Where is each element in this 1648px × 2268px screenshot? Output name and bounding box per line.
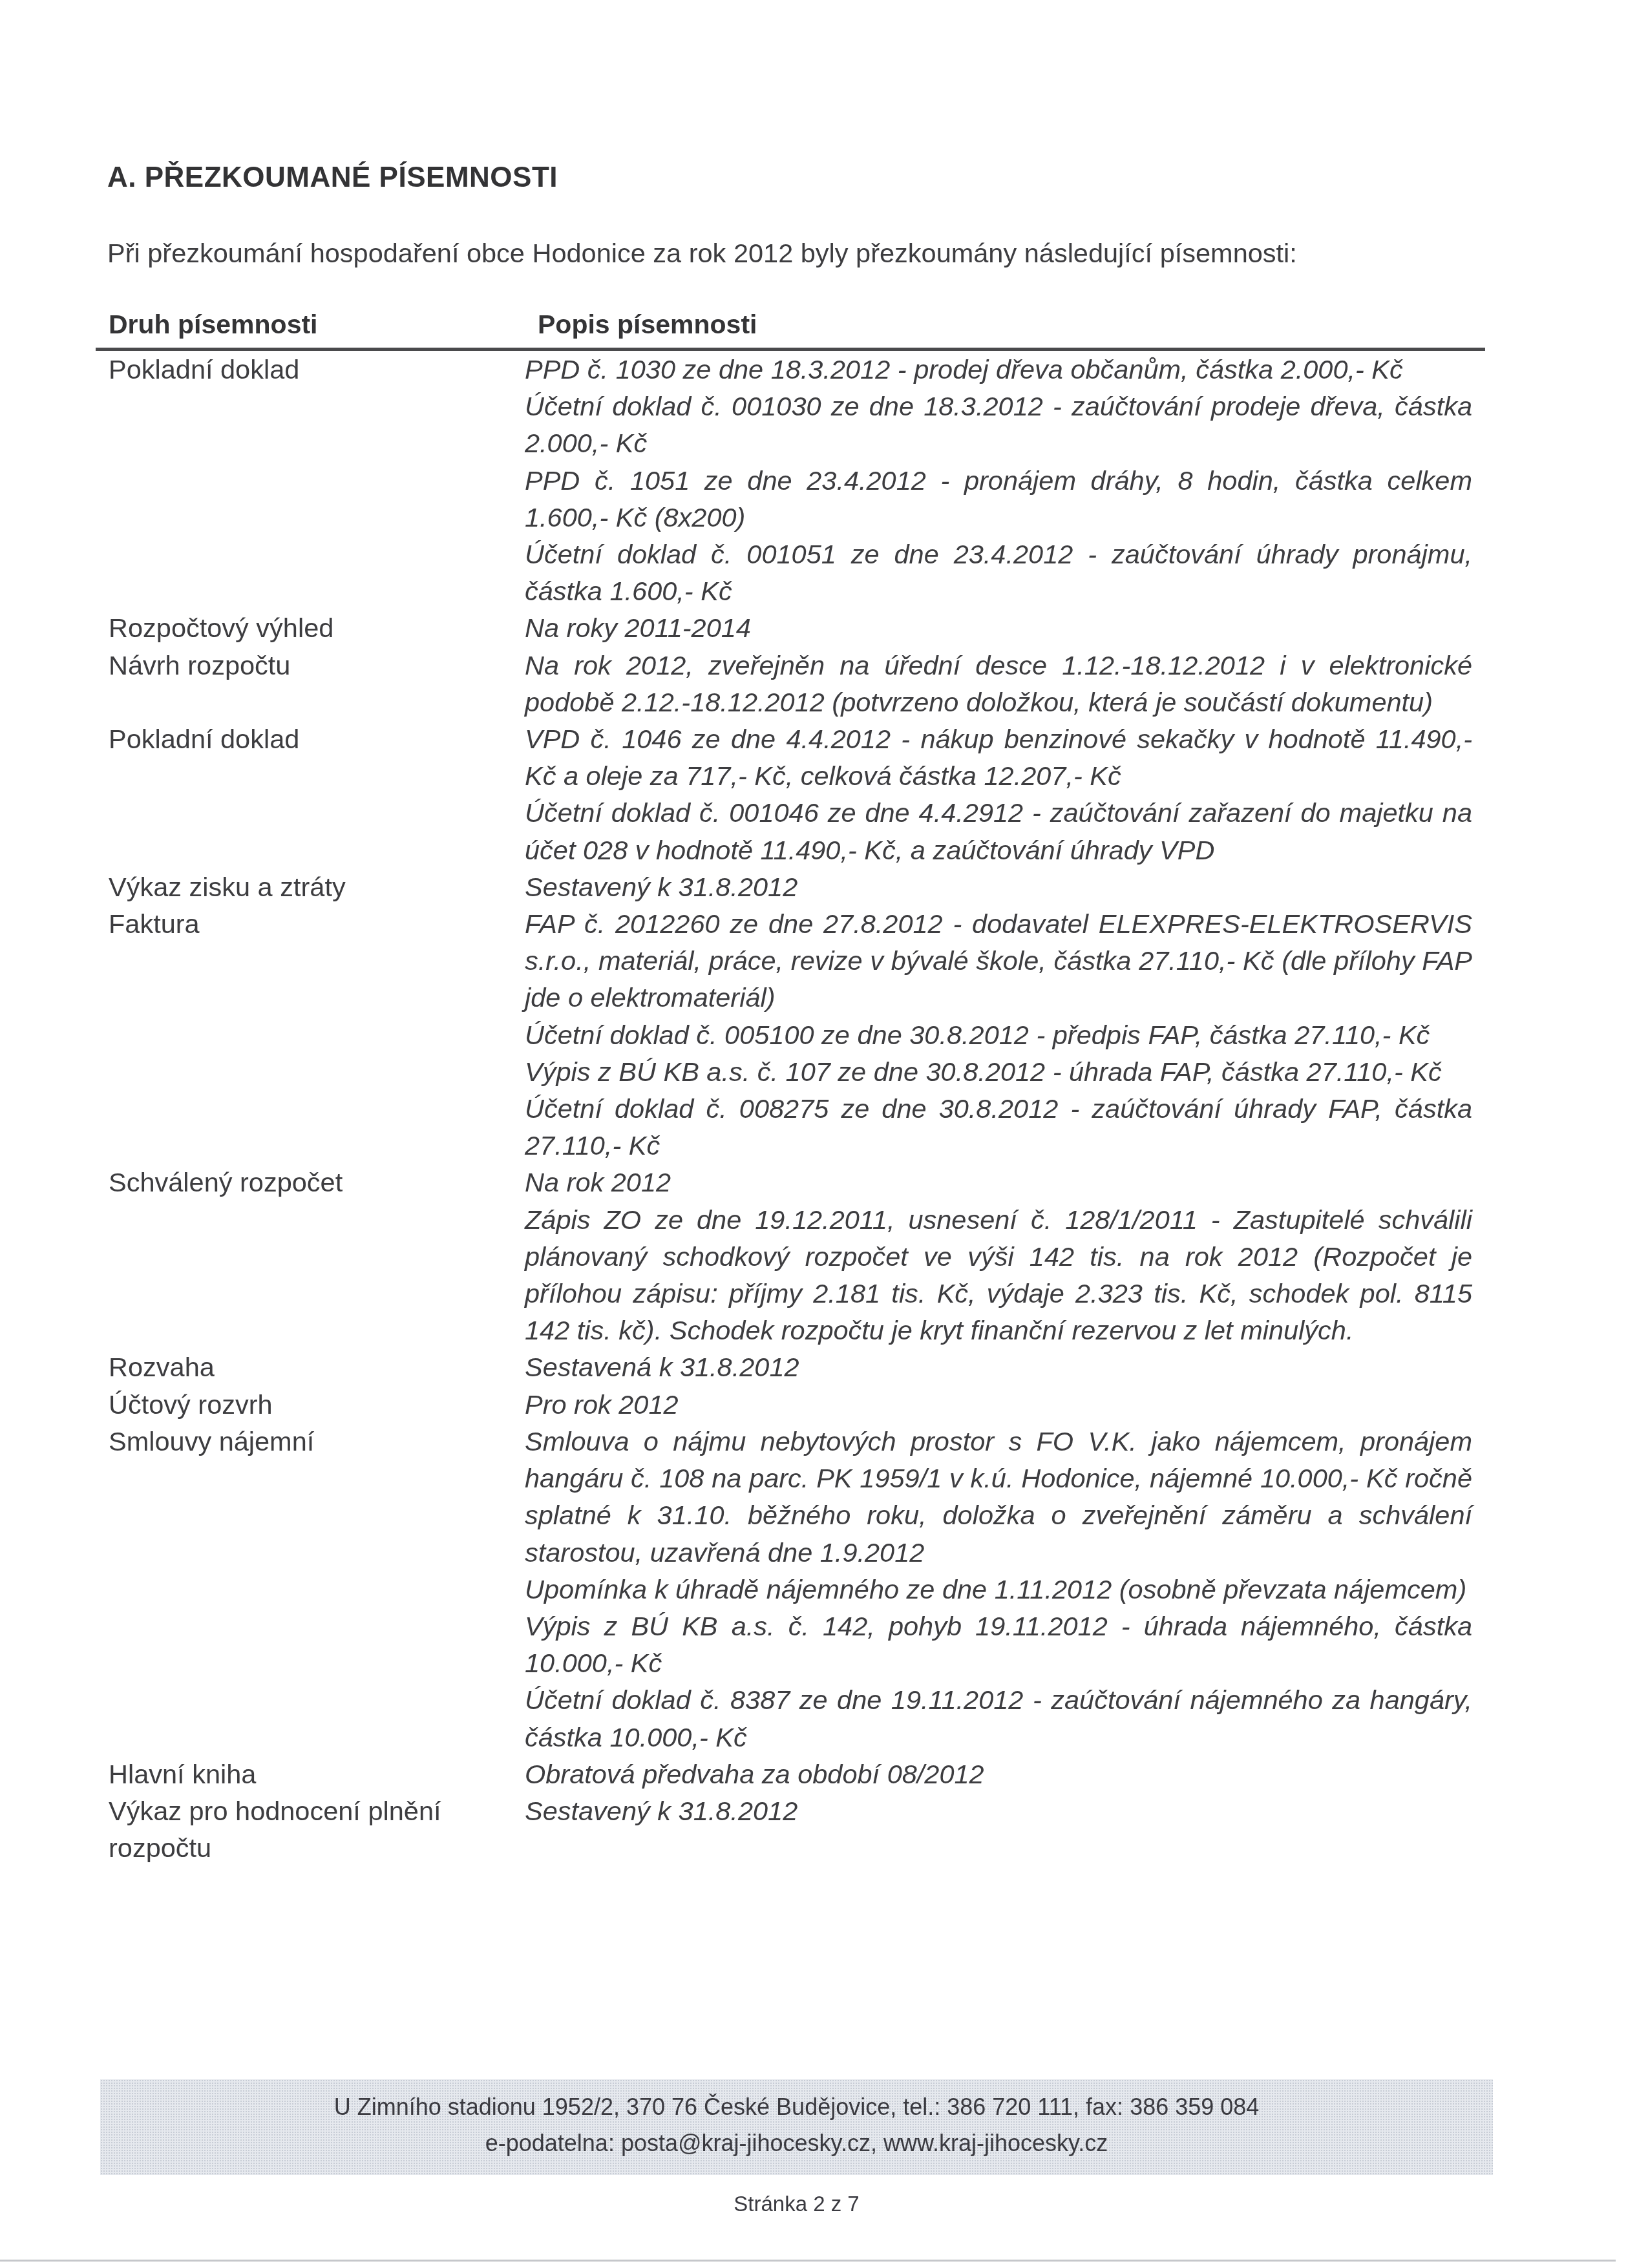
table-row: Výkaz pro hodnocení plnění rozpočtuSesta…	[96, 1792, 1485, 1866]
document-description: Obratová předvaha za období 08/2012	[525, 1756, 1472, 1792]
table-row: FakturaFAP č. 2012260 ze dne 27.8.2012 -…	[96, 905, 1485, 1164]
document-type: Výkaz pro hodnocení plnění rozpočtu	[96, 1792, 525, 1866]
document-type: Smlouvy nájemní	[96, 1423, 525, 1756]
document-type: Hlavní kniha	[96, 1756, 525, 1792]
description-entry: Na rok 2012, zveřejněn na úřední desce 1…	[525, 647, 1472, 720]
scan-edge-divider	[0, 2260, 1616, 2262]
page-number: Stránka 2 z 7	[0, 2192, 1593, 2216]
document-description: Sestavený k 31.8.2012	[525, 868, 1472, 905]
table-row: Schválený rozpočetNa rok 2012Zápis ZO ze…	[96, 1164, 1485, 1349]
document-type: Rozpočtový výhled	[96, 609, 525, 646]
document-description: Pro rok 2012	[525, 1386, 1472, 1423]
description-entry: Účetní doklad č. 8387 ze dne 19.11.2012 …	[525, 1681, 1472, 1755]
footer-address-box: U Zimního stadionu 1952/2, 370 76 České …	[100, 2079, 1493, 2175]
description-entry: Obratová předvaha za období 08/2012	[525, 1756, 1472, 1792]
documents-table: Druh písemnosti Popis písemnosti Pokladn…	[96, 301, 1485, 1866]
description-entry: Sestavená k 31.8.2012	[525, 1349, 1472, 1385]
document-description: PPD č. 1030 ze dne 18.3.2012 - prodej dř…	[525, 351, 1472, 609]
document-description: Na rok 2012Zápis ZO ze dne 19.12.2011, u…	[525, 1164, 1472, 1349]
column-header-description: Popis písemnosti	[538, 301, 757, 348]
table-row: RozvahaSestavená k 31.8.2012	[96, 1349, 1485, 1385]
description-entry: PPD č. 1051 ze dne 23.4.2012 - pronájem …	[525, 462, 1472, 536]
description-entry: Účetní doklad č. 001051 ze dne 23.4.2012…	[525, 536, 1472, 609]
column-header-type: Druh písemnosti	[109, 301, 317, 348]
description-entry: Na rok 2012	[525, 1164, 1472, 1201]
document-type: Pokladní doklad	[96, 351, 525, 609]
description-entry: PPD č. 1030 ze dne 18.3.2012 - prodej dř…	[525, 351, 1472, 388]
table-header: Druh písemnosti Popis písemnosti	[96, 301, 1485, 351]
description-entry: Výpis z BÚ KB a.s. č. 107 ze dne 30.8.20…	[525, 1053, 1472, 1090]
table-row: Pokladní dokladVPD č. 1046 ze dne 4.4.20…	[96, 720, 1485, 868]
document-description: Na roky 2011-2014	[525, 609, 1472, 646]
description-entry: Výpis z BÚ KB a.s. č. 142, pohyb 19.11.2…	[525, 1608, 1472, 1681]
description-entry: Na roky 2011-2014	[525, 609, 1472, 646]
document-description: Sestavený k 31.8.2012	[525, 1792, 1472, 1866]
table-row: Účtový rozvrhPro rok 2012	[96, 1386, 1485, 1423]
description-entry: FAP č. 2012260 ze dne 27.8.2012 - dodava…	[525, 905, 1472, 1016]
section-heading: A. PŘEZKOUMANÉ PÍSEMNOSTI	[107, 162, 558, 194]
document-description: Sestavená k 31.8.2012	[525, 1349, 1472, 1385]
description-entry: Sestavený k 31.8.2012	[525, 1792, 1472, 1829]
document-description: FAP č. 2012260 ze dne 27.8.2012 - dodava…	[525, 905, 1472, 1164]
document-description: Smlouva o nájmu nebytových prostor s FO …	[525, 1423, 1472, 1756]
table-row: Hlavní knihaObratová předvaha za období …	[96, 1756, 1485, 1792]
footer-address: U Zimního stadionu 1952/2, 370 76 České …	[100, 2094, 1493, 2121]
document-type: Faktura	[96, 905, 525, 1164]
description-entry: Sestavený k 31.8.2012	[525, 868, 1472, 905]
document-description: VPD č. 1046 ze dne 4.4.2012 - nákup benz…	[525, 720, 1472, 868]
intro-text: Při přezkoumání hospodaření obce Hodonic…	[107, 238, 1297, 269]
description-entry: Účetní doklad č. 008275 ze dne 30.8.2012…	[525, 1090, 1472, 1164]
document-type: Pokladní doklad	[96, 720, 525, 868]
description-entry: VPD č. 1046 ze dne 4.4.2012 - nákup benz…	[525, 720, 1472, 794]
description-entry: Zápis ZO ze dne 19.12.2011, usnesení č. …	[525, 1201, 1472, 1349]
table-row: Pokladní dokladPPD č. 1030 ze dne 18.3.2…	[96, 351, 1485, 609]
document-type: Rozvaha	[96, 1349, 525, 1385]
description-entry: Smlouva o nájmu nebytových prostor s FO …	[525, 1423, 1472, 1571]
description-entry: Upomínka k úhradě nájemného ze dne 1.11.…	[525, 1571, 1472, 1608]
document-type: Návrh rozpočtu	[96, 647, 525, 720]
table-row: Výkaz zisku a ztrátySestavený k 31.8.201…	[96, 868, 1485, 905]
table-row: Rozpočtový výhledNa roky 2011-2014	[96, 609, 1485, 646]
document-type: Účtový rozvrh	[96, 1386, 525, 1423]
table-body: Pokladní dokladPPD č. 1030 ze dne 18.3.2…	[96, 351, 1485, 1866]
document-type: Schválený rozpočet	[96, 1164, 525, 1349]
description-entry: Účetní doklad č. 001046 ze dne 4.4.2912 …	[525, 794, 1472, 868]
description-entry: Účetní doklad č. 001030 ze dne 18.3.2012…	[525, 388, 1472, 461]
footer-contact: e-podatelna: posta@kraj-jihocesky.cz, ww…	[100, 2130, 1493, 2157]
description-entry: Pro rok 2012	[525, 1386, 1472, 1423]
description-entry: Účetní doklad č. 005100 ze dne 30.8.2012…	[525, 1016, 1472, 1053]
table-row: Návrh rozpočtuNa rok 2012, zveřejněn na …	[96, 647, 1485, 720]
document-description: Na rok 2012, zveřejněn na úřední desce 1…	[525, 647, 1472, 720]
document-type: Výkaz zisku a ztráty	[96, 868, 525, 905]
table-row: Smlouvy nájemníSmlouva o nájmu nebytovýc…	[96, 1423, 1485, 1756]
